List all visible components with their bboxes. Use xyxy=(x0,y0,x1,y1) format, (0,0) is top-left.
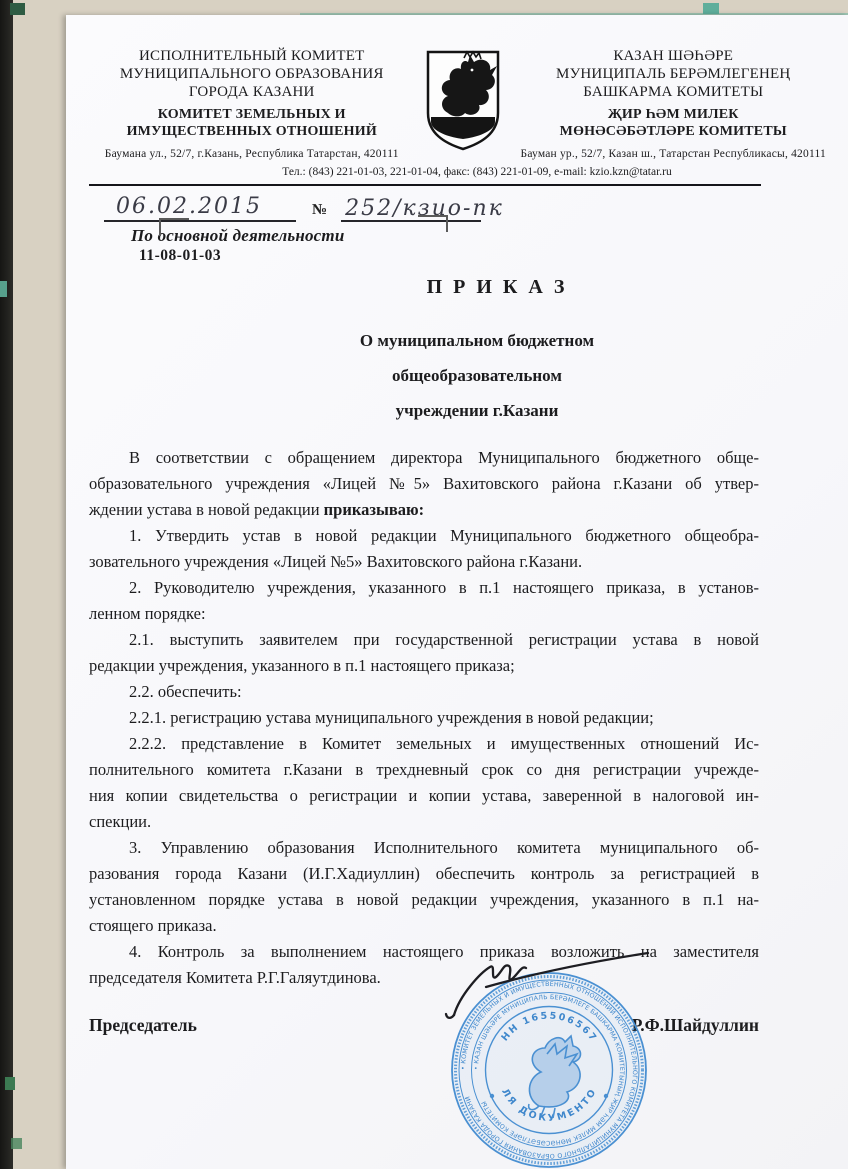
org-line: МУНИЦИПАЛЬНОГО ОБРАЗОВАНИЯ xyxy=(91,65,413,83)
org-line: БАШКАРМА КОМИТЕТЫ xyxy=(513,83,835,101)
corner-mark-right xyxy=(418,215,448,232)
number-sign: № xyxy=(312,202,327,219)
committee-line: ҖИР ҺӘМ МИЛЕК xyxy=(513,106,835,123)
scanner-edge-strip xyxy=(0,0,13,1169)
scan-artifact xyxy=(0,281,7,297)
body-line: полнительного комитета г.Казани в трехдн… xyxy=(89,757,759,783)
scan-artifact xyxy=(5,1077,15,1090)
org-line: КАЗАН ШӘҺӘРЕ xyxy=(513,47,835,65)
address-russian: Баумана ул., 52/7, г.Казань, Республика … xyxy=(91,145,413,163)
body-line: разования города Казани (И.Г.Хадиуллин) … xyxy=(89,861,759,887)
classification-index: 11-08-01-03 xyxy=(139,247,848,265)
org-name-tatar: КАЗАН ШӘҺӘРЕ МУНИЦИПАЛЬ БЕРӘМЛЕГЕНЕҢ БАШ… xyxy=(513,47,835,163)
corner-mark-left xyxy=(159,218,189,236)
subject-line: О муниципальном бюджетном xyxy=(106,323,848,358)
subject-line: учреждении г.Казани xyxy=(106,393,848,428)
committee-line: ИМУЩЕСТВЕННЫХ ОТНОШЕНИЙ xyxy=(91,123,413,140)
address-tatar: Бауман ур., 52/7, Казан ш., Татарстан Ре… xyxy=(513,145,835,163)
document-title: П Р И К А З xyxy=(66,276,848,299)
body-line: 2. Руководителю учреждения, указанного в… xyxy=(89,575,759,601)
body-line: 2.2.2. представление в Комитет земельных… xyxy=(89,731,759,757)
body-line: редакции учреждения, указанного в п.1 на… xyxy=(89,653,759,679)
body-line: В соответствии с обращением директора Му… xyxy=(89,445,759,471)
body-line: стоящего приказа. xyxy=(89,913,759,939)
body-line: ленном порядке: xyxy=(89,601,759,627)
kazan-coat-of-arms-icon xyxy=(413,47,513,153)
letterhead: ИСПОЛНИТЕЛЬНЫЙ КОМИТЕТ МУНИЦИПАЛЬНОГО ОБ… xyxy=(91,15,834,163)
signer-position: Председатель xyxy=(89,1015,197,1036)
number-field: 252/кзио-пк xyxy=(341,197,595,222)
org-name-russian: ИСПОЛНИТЕЛЬНЫЙ КОМИТЕТ МУНИЦИПАЛЬНОГО ОБ… xyxy=(91,47,413,163)
body-line: 1. Утвердить устав в новой редакции Муни… xyxy=(89,523,759,549)
scan-artifact xyxy=(703,3,719,14)
org-line: ИСПОЛНИТЕЛЬНЫЙ КОМИТЕТ xyxy=(91,47,413,65)
body-text: В соответствии с обращением директора Му… xyxy=(89,445,759,991)
scan-artifact xyxy=(11,1138,22,1149)
org-line: ГОРОДА КАЗАНИ xyxy=(91,83,413,101)
handwritten-date: 06.02.2015 xyxy=(116,194,262,219)
body-line: ждении устава в новой редакции приказыва… xyxy=(89,497,759,523)
org-line: МУНИЦИПАЛЬ БЕРӘМЛЕГЕНЕҢ xyxy=(513,65,835,83)
date-field: 06.02.2015 xyxy=(104,195,296,222)
committee-line: МӨНӘСӘБӘТЛӘРЕ КОМИТЕТЫ xyxy=(513,123,835,140)
document-paper: ИСПОЛНИТЕЛЬНЫЙ КОМИТЕТ МУНИЦИПАЛЬНОГО ОБ… xyxy=(66,15,848,1169)
body-line: спекции. xyxy=(89,809,759,835)
scan-artifact xyxy=(10,3,25,15)
body-line: 2.1. выступить заявителем при государств… xyxy=(89,627,759,653)
signature-ink xyxy=(444,941,659,1026)
body-line: установленном порядке устава в новой ред… xyxy=(89,887,759,913)
activity-type-label: По основной деятельности xyxy=(131,226,848,246)
body-line: 2.2.1. регистрацию устава муниципального… xyxy=(89,705,759,731)
subject-block: О муниципальном бюджетном общеобразовате… xyxy=(66,323,848,428)
body-line: ния копии свидетельства о регистрации и … xyxy=(89,783,759,809)
contact-line: Тел.: (843) 221-01-03, 221-01-04, факс: … xyxy=(106,166,848,178)
body-line: образовательного учреждения «Лицей №5» В… xyxy=(89,471,759,497)
body-line: 3. Управлению образования Исполнительног… xyxy=(89,835,759,861)
committee-line: КОМИТЕТ ЗЕМЕЛЬНЫХ И xyxy=(91,106,413,123)
body-line: 2.2. обеспечить: xyxy=(89,679,759,705)
subject-line: общеобразовательном xyxy=(106,358,848,393)
body-line: зовательного учреждения «Лицей №5» Вахит… xyxy=(89,549,759,575)
requisites-line: 06.02.2015 № 252/кзио-пк xyxy=(104,186,848,222)
